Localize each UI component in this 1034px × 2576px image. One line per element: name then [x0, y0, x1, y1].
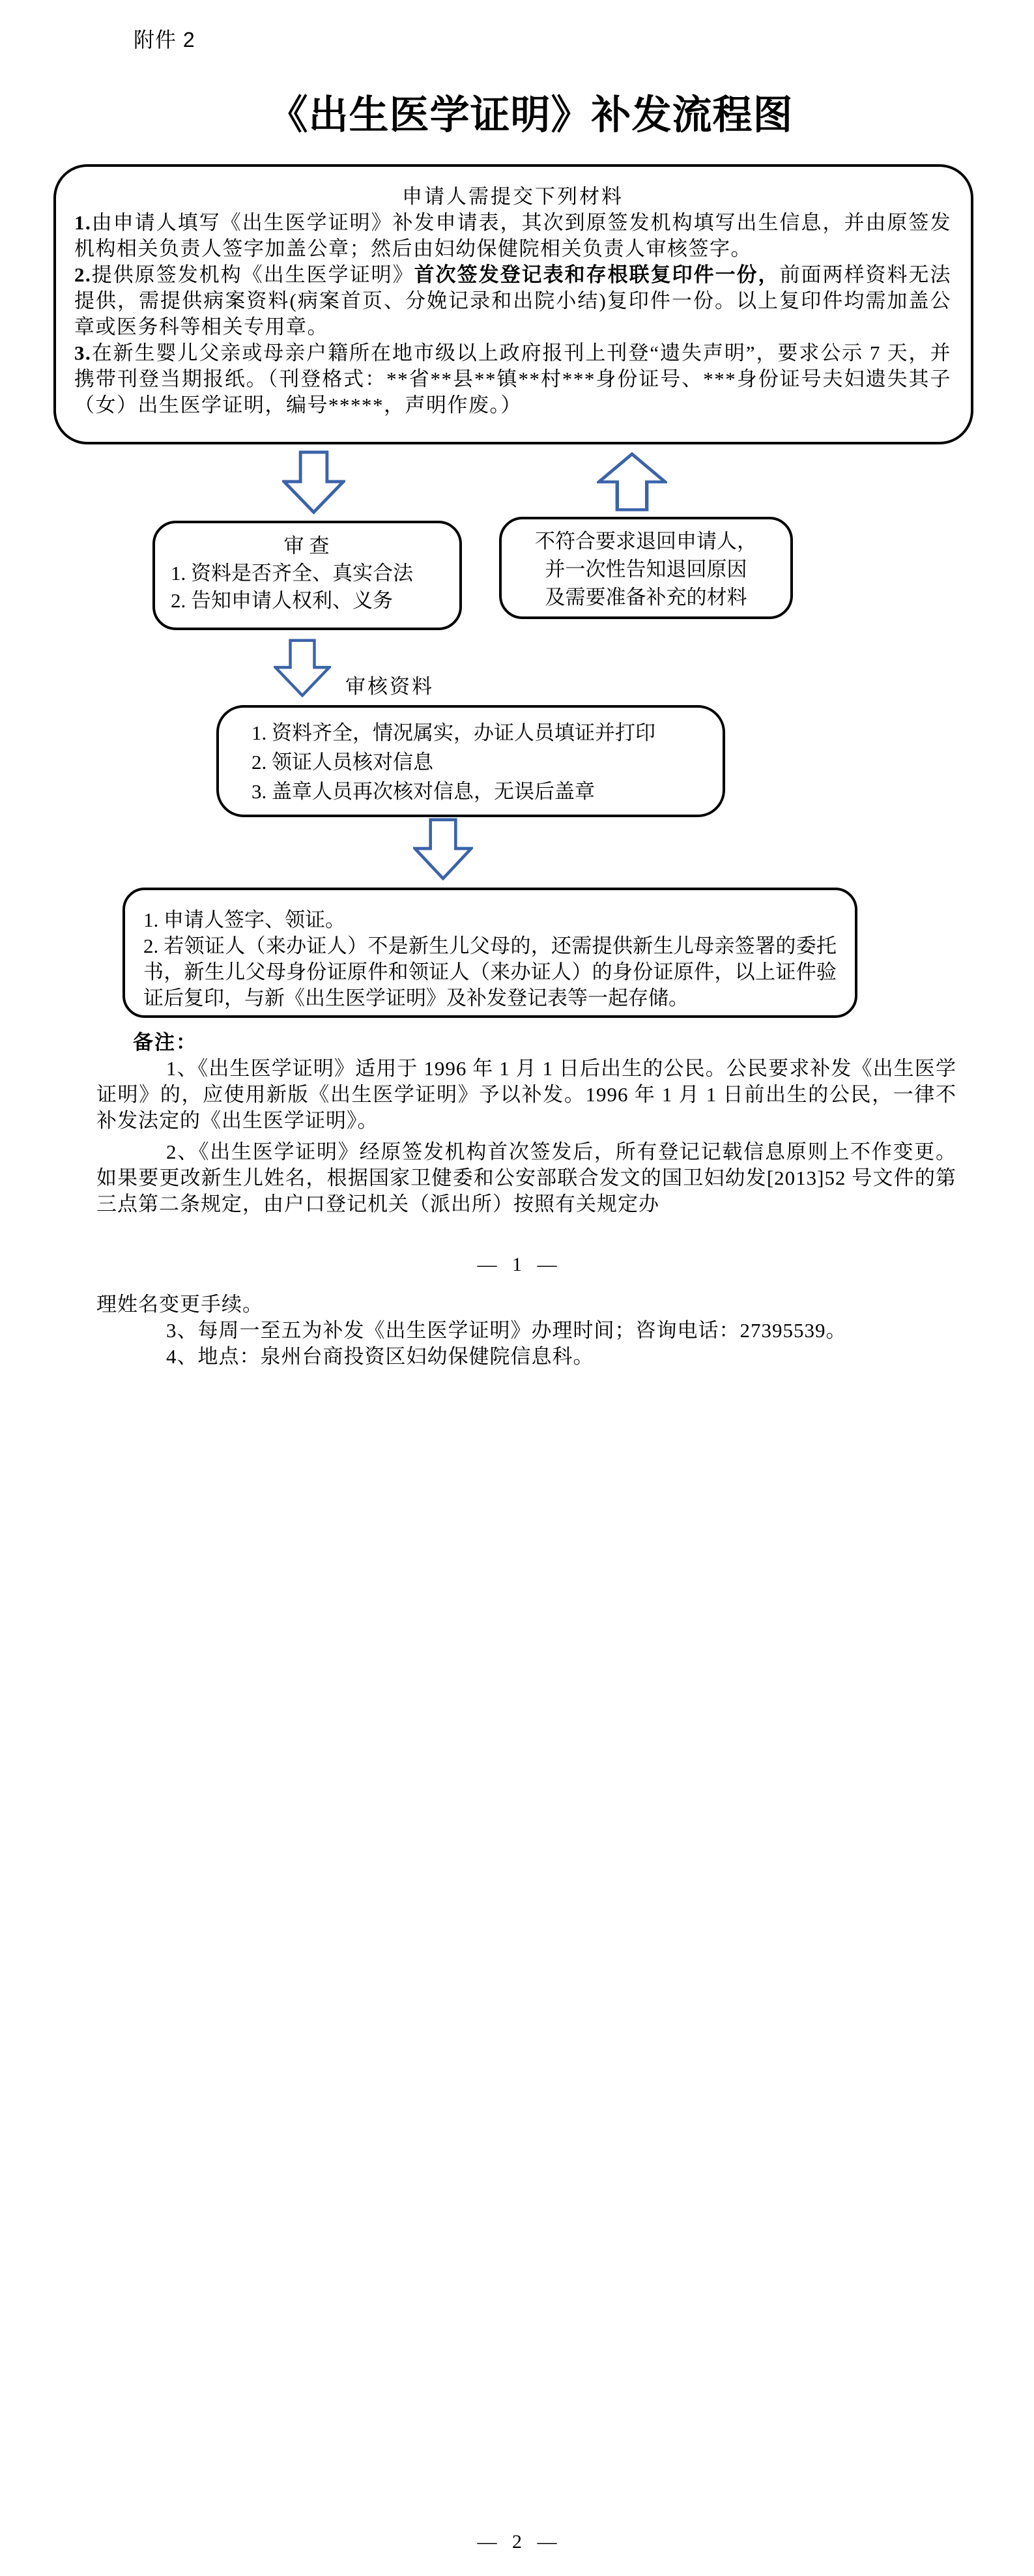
materials-item-1: 1.由申请人填写《出生医学证明》补发申请表，其次到原签发机构填写出生信息，并由原… [74, 210, 951, 262]
review-box-title: 审查 [171, 532, 453, 560]
note-2-continued: 理姓名变更手续。 [96, 1292, 956, 1318]
materials-item-1-number: 1. [74, 211, 91, 234]
notes-label: 备注： [133, 1030, 956, 1056]
page-title: 《出生医学证明》补发流程图 [0, 83, 1034, 140]
issue-box: 1. 申请人签字、领证。 2. 若领证人（来办证人）不是新生儿父母的，还需提供新… [122, 888, 857, 1018]
review-box-item-2: 2. 告知申请人权利、义务 [171, 587, 453, 615]
materials-box-header: 申请人需提交下列材料 [74, 184, 951, 210]
materials-item-3: 3.在新生婴儿父亲或母亲户籍所在地市级以上政府报刊上刊登“遗失声明”，要求公示 … [74, 340, 951, 418]
materials-item-3-number: 3. [74, 341, 91, 364]
up-arrow-icon [597, 452, 667, 512]
process-box: 1. 资料齐全，情况属实，办证人员填证并打印 2. 领证人员核对信息 3. 盖章… [216, 705, 725, 817]
review-arrow-label: 审核资料 [345, 670, 434, 699]
reject-box-line-3: 及需要准备补充的材料 [506, 583, 786, 611]
attachment-label: 附件 2 [134, 23, 195, 53]
materials-item-1-text: 由申请人填写《出生医学证明》补发申请表，其次到原签发机构填写出生信息，并由原签发… [74, 211, 951, 260]
review-box: 审查 1. 资料是否齐全、真实合法 2. 告知申请人权利、义务 [152, 521, 462, 630]
reject-box-line-1: 不符合要求退回申请人， [506, 527, 786, 555]
issue-box-item-2: 2. 若领证人（来办证人）不是新生儿父母的，还需提供新生儿母亲签署的委托书，新生… [143, 933, 837, 1011]
document-page: 附件 2 《出生医学证明》补发流程图 申请人需提交下列材料 1.由申请人填写《出… [0, 0, 1034, 2576]
down-arrow-icon [413, 818, 473, 880]
materials-item-3-text: 在新生婴儿父亲或母亲户籍所在地市级以上政府报刊上刊登“遗失声明”，要求公示 7 … [74, 341, 951, 416]
materials-item-2-bold: 首次签发登记表和存根联复印件一份， [414, 263, 780, 286]
reject-box-line-2: 并一次性告知退回原因 [506, 555, 786, 583]
reject-box: 不符合要求退回申请人， 并一次性告知退回原因 及需要准备补充的材料 [499, 517, 793, 619]
process-box-item-1: 1. 资料齐全，情况属实，办证人员填证并打印 [251, 718, 712, 747]
notes-continued-section: 理姓名变更手续。 3、每周一至五为补发《出生医学证明》办理时间；咨询电话：273… [96, 1292, 956, 1370]
note-2: 2、《出生医学证明》经原签发机构首次签发后，所有登记记载信息原则上不作变更。如果… [96, 1139, 956, 1217]
materials-box: 申请人需提交下列材料 1.由申请人填写《出生医学证明》补发申请表，其次到原签发机… [53, 164, 973, 444]
down-arrow-icon [274, 639, 331, 697]
materials-item-2-pre: 提供原签发机构《出生医学证明》 [91, 263, 414, 286]
note-4: 4、地点：泉州台商投资区妇幼保健院信息科。 [96, 1344, 956, 1370]
process-box-item-3: 3. 盖章人员再次核对信息，无误后盖章 [251, 777, 712, 806]
materials-item-2: 2.提供原签发机构《出生医学证明》首次签发登记表和存根联复印件一份，前面两样资料… [74, 262, 951, 340]
review-box-item-1: 1. 资料是否齐全、真实合法 [171, 560, 453, 587]
down-arrow-icon [282, 450, 345, 514]
notes-section: 备注： 1、《出生医学证明》适用于 1996 年 1 月 1 日后出生的公民。公… [96, 1030, 956, 1217]
page-number-2: — 2 — [0, 2531, 1034, 2553]
note-1: 1、《出生医学证明》适用于 1996 年 1 月 1 日后出生的公民。公民要求补… [96, 1056, 956, 1134]
page-number-1: — 1 — [0, 1254, 1034, 1276]
process-box-item-2: 2. 领证人员核对信息 [251, 747, 712, 777]
materials-item-2-number: 2. [74, 263, 91, 286]
note-3: 3、每周一至五为补发《出生医学证明》办理时间；咨询电话：27395539。 [96, 1318, 956, 1344]
issue-box-item-1: 1. 申请人签字、领证。 [143, 907, 837, 933]
